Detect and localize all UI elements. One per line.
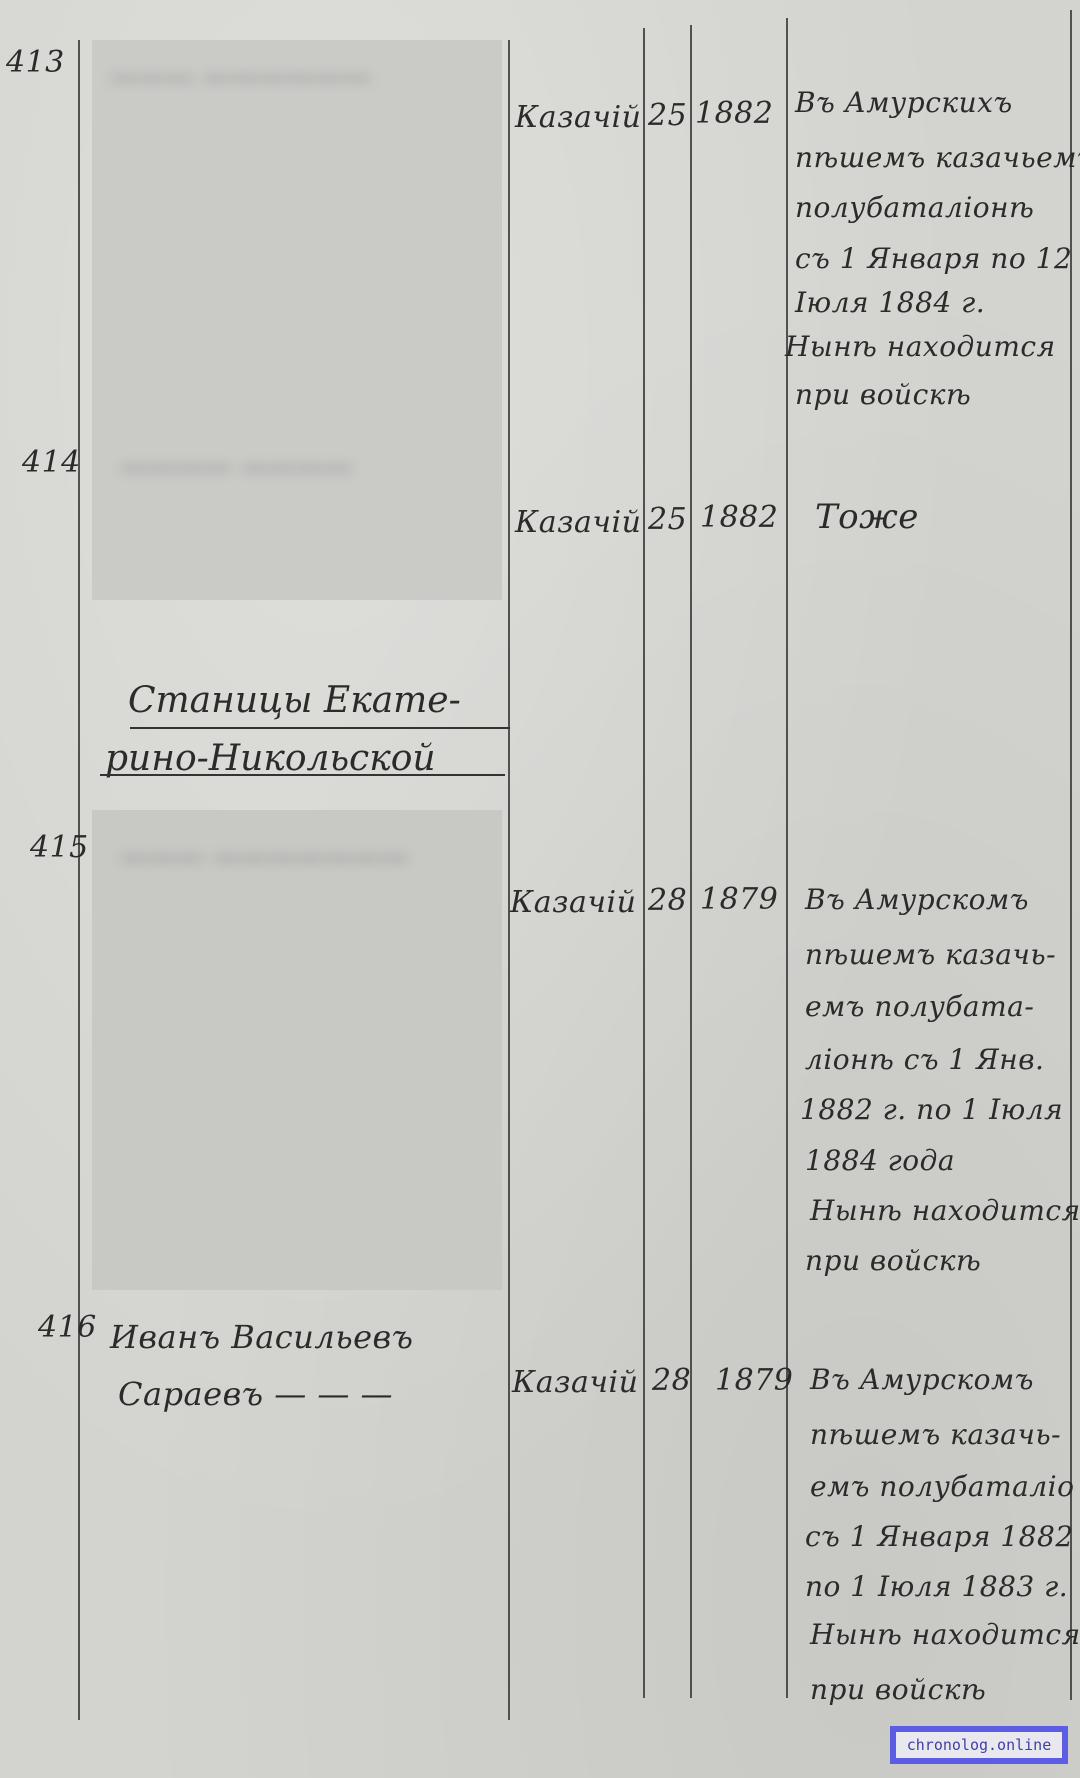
- heading-underline: [100, 774, 505, 776]
- entry-note-line: пѣшемъ казачь-: [810, 1410, 1061, 1460]
- entry-estate: Казачій: [510, 885, 636, 920]
- entry-estate: Казачій: [512, 1365, 638, 1400]
- entry-note-line: емъ полубаталіо: [810, 1462, 1074, 1512]
- entry-note-line: съ 1 Января 1882 г.: [805, 1512, 1080, 1562]
- entry-note-line: Нынѣ находится: [785, 322, 1056, 372]
- entry-note-line: емъ полубата-: [805, 982, 1034, 1032]
- entry-age: 28: [652, 1363, 691, 1398]
- column-rule-age: [690, 25, 692, 1698]
- entry-note-line: по 1 Іюля 1883 г.: [805, 1562, 1068, 1612]
- heading-underline: [130, 727, 510, 729]
- section-heading-line2: рино-Никольской: [105, 738, 436, 779]
- entry-note-line: Въ Амурскомъ: [810, 1355, 1034, 1405]
- entry-age: 25: [648, 502, 687, 537]
- entry-number: 413: [6, 45, 65, 80]
- entry-note-line: 1884 года: [805, 1136, 955, 1186]
- redacted-name-text: ——— ——————: [110, 60, 371, 93]
- document-page: ——— —————— ———— ———— ——— ——————— 413 Каз…: [0, 0, 1080, 1778]
- entry-note-line: Въ Амурскомъ: [805, 875, 1029, 925]
- entry-note-line: Нынѣ находится: [810, 1610, 1080, 1660]
- entry-note-line: 1882 г. по 1 Іюля: [800, 1085, 1063, 1135]
- column-rule-number: [78, 40, 80, 1720]
- entry-number: 414: [22, 445, 81, 480]
- entry-name-line1: Иванъ Васильевъ: [110, 1318, 414, 1356]
- entry-year: 1882: [700, 500, 778, 535]
- entry-year: 1879: [715, 1363, 793, 1398]
- watermark-text: chronolog.online: [896, 1732, 1062, 1758]
- entry-number: 415: [30, 830, 89, 865]
- entry-number: 416: [38, 1310, 97, 1345]
- entry-note-line: при войскѣ: [795, 370, 971, 420]
- entry-note-line: при войскѣ: [805, 1236, 981, 1286]
- entry-note-line: пѣшемъ казачьемъ: [795, 133, 1080, 183]
- entry-age: 28: [648, 883, 687, 918]
- entry-note-line: при войскѣ: [810, 1665, 986, 1715]
- column-rule-estate: [643, 28, 645, 1698]
- entry-note-line: Нынѣ находится: [810, 1186, 1080, 1236]
- entry-year: 1879: [700, 882, 778, 917]
- redacted-name-text: ———— ————: [120, 450, 353, 483]
- entry-note-line: Тоже: [815, 492, 919, 542]
- entry-note-line: Въ Амурскихъ: [795, 78, 1013, 128]
- section-heading-line1: Станицы Екате-: [128, 680, 461, 721]
- entry-estate: Казачій: [515, 505, 641, 540]
- entry-note-line: ліонѣ съ 1 Янв.: [805, 1035, 1044, 1085]
- watermark-badge: chronolog.online: [890, 1726, 1068, 1764]
- entry-note-line: полубаталіонѣ: [795, 183, 1034, 233]
- redacted-name-block-415: [92, 810, 502, 1290]
- entry-note-line: пѣшемъ казачь-: [805, 930, 1056, 980]
- entry-name-line2: Сараевъ — — —: [118, 1375, 393, 1413]
- entry-note-line: съ 1 Января по 12: [795, 234, 1072, 284]
- entry-estate: Казачій: [515, 100, 641, 135]
- redacted-name-block-413: [92, 40, 502, 600]
- column-rule-year: [786, 18, 788, 1698]
- entry-age: 25: [648, 98, 687, 133]
- entry-note-line: Іюля 1884 г.: [795, 278, 985, 328]
- column-rule-name: [508, 40, 510, 1720]
- redacted-name-text: ——— ———————: [120, 840, 409, 873]
- entry-year: 1882: [695, 96, 773, 131]
